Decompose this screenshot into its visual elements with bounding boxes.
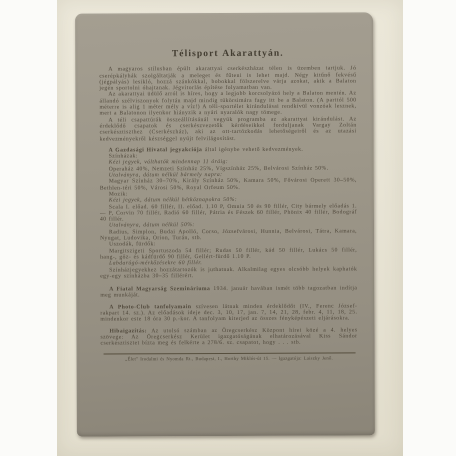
discounts-heading-rest: által igénybe vehető kedvezmények. — [202, 147, 303, 153]
intro-paragraph: A magyaros stílusban épült akarattyai cs… — [99, 66, 356, 92]
paper-mat: Télisport Akarattyán. A magyaros stílusb… — [57, 0, 403, 456]
photo-club-paragraph: A Photo-Club tanfolyamain szívesen látna… — [100, 303, 357, 323]
cinemas-price-list: Scala I. előad. 60 fillér, II. előad. 1.… — [100, 203, 357, 223]
theatres-voucher-list: Magyar Színház 30–70%, Király Színház 50… — [100, 178, 357, 192]
seminar-paragraph: A Fiatal Magyarság Szemináriuma 1934. ja… — [100, 286, 357, 300]
photo-background: Télisport Akarattyán. A magyaros stílusb… — [0, 0, 456, 456]
imprint-divider — [103, 353, 355, 355]
cinemas-voucher-list: Radius, Simplon, Budai Apolló, Corso, Jó… — [100, 228, 357, 242]
tour-info-paragraph: A téli csapattúrák összeállításánál vegy… — [100, 116, 357, 142]
imprint-line: „Élet” Irodalmi és Nyomda Rt., Budapest,… — [101, 356, 358, 363]
seminar-lead: A Fiatal Magyarság Szemináriuma — [109, 286, 210, 292]
correction-paragraph: Hibaigazítás: Az utolsó számban az Öregc… — [100, 327, 357, 347]
skating-paragraph: Az akarattyai üdülő arról is híres, hogy… — [99, 91, 356, 117]
occasional-tickets-paragraph: Színházjegyekhez hozzátartozók is juthat… — [100, 266, 357, 280]
page-content: Télisport Akarattyán. A magyaros stílusb… — [99, 50, 357, 362]
discounts-heading-lead: A Gazdasági Hivatal jegyakciója — [109, 147, 203, 153]
article-title: Télisport Akarattyán. — [99, 50, 356, 57]
scanned-page: Télisport Akarattyán. A magyaros stílusb… — [75, 12, 375, 436]
correction-lead: Hibaigazítás: — [109, 328, 147, 334]
baths-price-list: Margitszigeti Sportuszoda 54 fillér; Rud… — [100, 247, 357, 261]
